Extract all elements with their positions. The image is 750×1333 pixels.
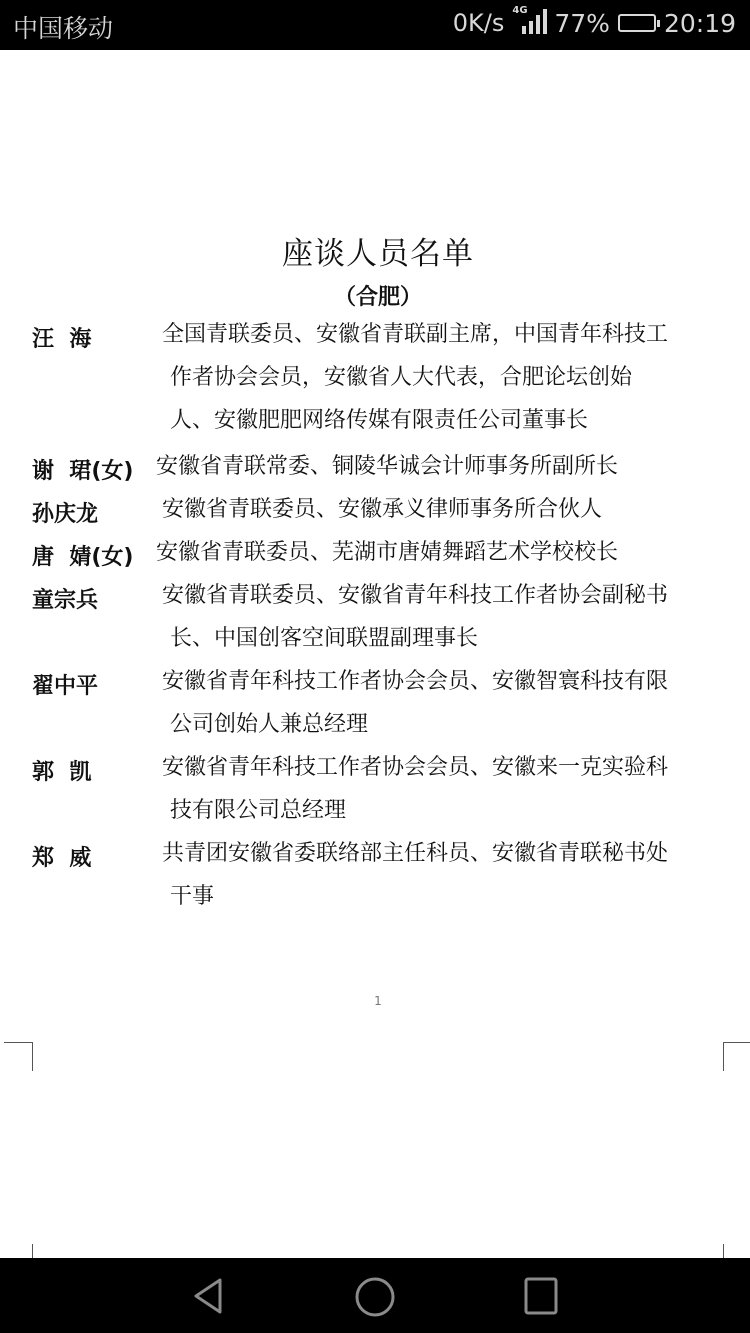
document-subtitle: （合肥） <box>0 280 750 311</box>
person-description: 安徽省青年科技工作者协会会员、安徽来一克实验科 技有限公司总经理 <box>162 746 727 832</box>
document-title: 座谈人员名单 <box>0 228 750 273</box>
navigation-bar <box>0 1258 750 1333</box>
person-name: 童宗兵 <box>32 583 98 614</box>
clock: 20:19 <box>664 9 736 38</box>
network-type: 4G <box>512 5 527 16</box>
person-description: 安徽省青联常委、铜陵华诚会计师事务所副所长 <box>156 445 721 488</box>
document-page[interactable]: 座谈人员名单 （合肥） 汪 海 全国青联委员、安徽省青联副主席，中国青年科技工 … <box>0 50 750 1258</box>
person-name: 谢 珺(女) <box>32 454 133 485</box>
crop-mark-bottom-right <box>723 1244 750 1258</box>
person-description: 安徽省青联委员、安徽省青年科技工作者协会副秘书 长、中国创客空间联盟副理事长 <box>162 574 727 660</box>
carrier-name: 中国移动 <box>13 9 113 45</box>
person-name: 郭 凯 <box>32 755 91 786</box>
person-description: 安徽省青联委员、安徽承义律师事务所合伙人 <box>162 488 727 531</box>
battery-icon <box>618 14 656 32</box>
net-speed: 0K/s <box>453 9 505 37</box>
status-icons: 0K/s 4G 77% 20:19 <box>453 8 736 38</box>
person-name: 汪 海 <box>32 322 91 353</box>
person-description: 安徽省青联委员、芜湖市唐婧舞蹈艺术学校校长 <box>156 531 721 574</box>
page-number: 1 <box>0 994 750 1008</box>
person-name: 郑 威 <box>32 841 91 872</box>
person-name: 唐 婧(女) <box>32 540 133 571</box>
signal-icon: 4G <box>512 8 546 38</box>
home-icon[interactable] <box>354 1276 396 1318</box>
person-name: 孙庆龙 <box>32 497 98 528</box>
crop-mark-top-left <box>4 1042 33 1071</box>
crop-mark-top-right <box>723 1042 750 1071</box>
recents-icon[interactable] <box>522 1276 562 1316</box>
status-bar: 中国移动 0K/s 4G 77% 20:19 <box>0 0 750 50</box>
crop-mark-bottom-left <box>4 1244 33 1258</box>
person-description: 共青团安徽省委联络部主任科员、安徽省青联秘书处 干事 <box>162 832 727 918</box>
person-description: 安徽省青年科技工作者协会会员、安徽智寰科技有限 公司创始人兼总经理 <box>162 660 727 746</box>
person-description: 全国青联委员、安徽省青联副主席，中国青年科技工 作者协会会员，安徽省人大代表，合… <box>162 313 727 442</box>
battery-percent: 77% <box>554 9 610 38</box>
person-name: 翟中平 <box>32 669 98 700</box>
back-icon[interactable] <box>188 1276 228 1316</box>
